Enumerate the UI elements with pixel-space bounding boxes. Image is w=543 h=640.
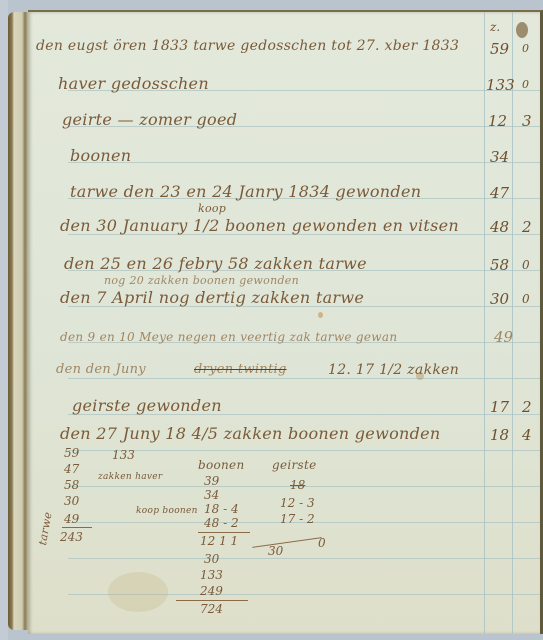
unit-header: z.: [490, 20, 500, 34]
entry-text: haver gedosschen: [58, 74, 209, 93]
entry-qty: 17: [490, 398, 509, 416]
entry-qty: 18: [490, 426, 509, 444]
entry-text: den 7 April nog dertig zakken tarwe: [60, 288, 364, 307]
tally-boonen-total: 724: [200, 602, 223, 616]
ruled-line: [68, 450, 540, 451]
entry-frac: 2: [522, 218, 532, 236]
tally-tarwe-value: 58: [64, 478, 79, 492]
tally-koop-label: koop boonen: [136, 506, 198, 516]
tally-tarwe-value: 30: [64, 494, 79, 508]
entry-frac: 2: [522, 398, 532, 416]
ink-blot: [516, 22, 528, 38]
tally-haver-total: 133: [112, 448, 135, 462]
tarwe-side-label: tarwe: [36, 511, 55, 546]
ledger-page: z. den eugst ören 1833 tarwe gedosschen …: [28, 10, 543, 634]
entry-text: tarwe den 23 en 24 Janry 1834 gewonden: [70, 182, 421, 201]
entry-qty: 48: [490, 218, 509, 236]
entry-qty: 59: [490, 40, 509, 58]
entry-qty: 133: [486, 76, 515, 94]
entry-text: boonen: [70, 146, 131, 165]
entry-qty: 58: [490, 256, 509, 274]
entry-frac: 0: [522, 258, 530, 272]
tally-boonen-value: 39: [204, 474, 219, 488]
tally-geirste-label: geirste: [272, 458, 317, 472]
tally-boonen-value: 30: [204, 552, 219, 566]
fraction-column-line: [512, 12, 513, 634]
entry-qty: 12: [488, 112, 507, 130]
ink-stain: [318, 312, 323, 318]
tally-tarwe-value: 59: [64, 446, 79, 460]
entry-frac: 0: [522, 42, 529, 55]
entry-after: 12. 17 1/2 zakken: [328, 362, 459, 378]
entry-text: den den Juny: [56, 362, 146, 377]
tally-haver-label: zakken haver: [98, 472, 162, 482]
entry-qty: 30: [490, 290, 509, 308]
entry-text: geirte — zomer goed: [62, 110, 237, 129]
water-stain: [108, 572, 168, 612]
ruled-line: [68, 558, 540, 559]
sum-line: [198, 532, 250, 533]
tally-side-zero: 0: [318, 536, 326, 550]
ink-stain: [416, 372, 424, 380]
tally-tarwe-value: 47: [64, 462, 79, 476]
tally-boonen-value: 12 1 1: [200, 534, 238, 548]
entry-frac: 0: [522, 78, 529, 91]
entry-frac: 3: [522, 112, 532, 130]
ledger-book: z. den eugst ören 1833 tarwe gedosschen …: [0, 0, 543, 640]
entry-text: den 27 Juny 18 4/5 zakken boonen gewonde…: [60, 424, 441, 443]
ruled-line: [68, 162, 540, 163]
book-binding: [8, 12, 30, 630]
struck-text: dryen twintig: [194, 362, 287, 377]
tally-geirste-value: 12 - 3: [280, 496, 315, 510]
sum-line: [62, 527, 92, 528]
tally-side-total: 30: [268, 544, 283, 558]
tally-boonen-value: 133: [200, 568, 223, 582]
tally-tarwe-value: 49: [64, 512, 79, 526]
tally-boonen-value: 34: [204, 488, 219, 502]
amount-column-line: [484, 12, 485, 634]
entry-text: den 25 en 26 febry 58 zakken tarwe: [64, 254, 367, 273]
entry-superscript: nog 20 zakken boonen gewonden: [104, 274, 299, 287]
tally-boonen-value: 249: [200, 584, 223, 598]
entry-text: den 30 January 1/2 boonen gewonden en vi…: [60, 216, 459, 235]
entry-text: den 9 en 10 Meye negen en veertig zak ta…: [60, 330, 397, 344]
entry-text: den eugst ören 1833 tarwe gedosschen tot…: [36, 38, 459, 54]
tally-geirste-value: 17 - 2: [280, 512, 315, 526]
entry-text: geirste gewonden: [72, 396, 222, 415]
entry-superscript: koop: [198, 202, 226, 215]
tally-boonen-value: 18 - 4: [204, 502, 239, 516]
ruled-line: [68, 378, 540, 379]
tally-boonen-label: boonen: [198, 458, 245, 472]
entry-frac: 4: [522, 426, 532, 444]
entry-frac: 0: [522, 292, 530, 306]
entry-qty: 34: [490, 148, 509, 166]
tally-geirste-struck: 18: [290, 478, 305, 492]
sum-line: [252, 537, 321, 548]
tally-boonen-value: 48 - 2: [204, 516, 239, 530]
entry-qty: 47: [490, 184, 509, 202]
entry-qty: 49: [494, 328, 513, 346]
tally-tarwe-total: 243: [60, 530, 83, 544]
sum-line: [176, 600, 248, 601]
